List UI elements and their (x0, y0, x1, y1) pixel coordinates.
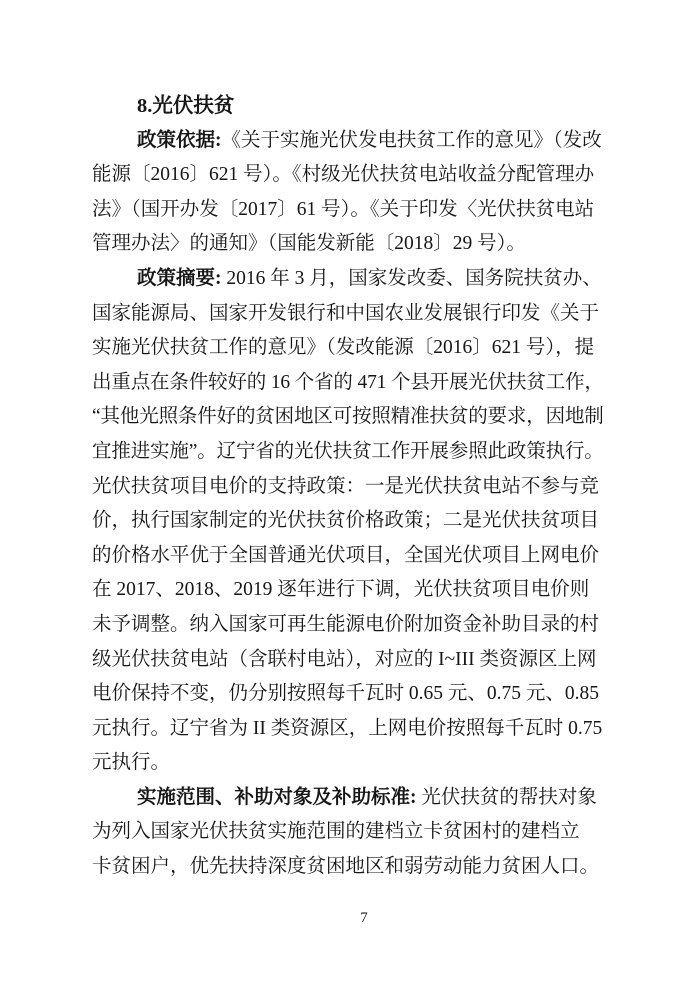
line-text: 光伏扶贫项目电价的支持政策：一是光伏扶贫电站不参与竞 (92, 476, 599, 497)
text-line: 宜推进实施”。辽宁省的光伏扶贫工作开展参照此政策执行。 (92, 435, 604, 470)
line-text: “其他光照条件好的贫困地区可按照精准扶贫的要求，因地制 (92, 406, 604, 427)
line-text: 2016 年 3 月，国家发改委、国务院扶贫办、 (222, 268, 602, 289)
text-line: 光伏扶贫项目电价的支持政策：一是光伏扶贫电站不参与竞 (92, 470, 604, 505)
text-line: 未予调整。纳入国家可再生能源电价附加资金补助目录的村 (92, 608, 604, 643)
line-text: 元执行。 (92, 752, 170, 773)
text-line: 卡贫困户，优先扶持深度贫困地区和弱劳动能力贫困人口。 (92, 850, 604, 885)
text-line: 出重点在条件较好的 16 个省的 471 个县开展光伏扶贫工作， (92, 366, 604, 401)
text-line: 政策依据:《关于实施光伏发电扶贫工作的意见》（发改 (92, 124, 604, 159)
text-line: 实施光伏扶贫工作的意见》（发改能源〔2016〕621 号），提 (92, 331, 604, 366)
line-text: 卡贫困户，优先扶持深度贫困地区和弱劳动能力贫困人口。 (92, 856, 599, 877)
paragraph-lead: 政策摘要: (137, 268, 222, 289)
line-text: 《关于实施光伏发电扶贫工作的意见》（发改 (222, 130, 602, 151)
line-text: 电价保持不变，仍分别按照每千瓦时 0.65 元、0.75 元、0.85 (92, 683, 599, 704)
text-line: 的价格水平优于全国普通光伏项目，全国光伏项目上网电价 (92, 539, 604, 574)
document-body: 政策依据:《关于实施光伏发电扶贫工作的意见》（发改能源〔2016〕621 号）。… (92, 124, 604, 885)
document-page: 8.光伏扶贫 政策依据:《关于实施光伏发电扶贫工作的意见》（发改能源〔2016〕… (0, 0, 700, 990)
text-line: 政策摘要: 2016 年 3 月，国家发改委、国务院扶贫办、 (92, 262, 604, 297)
line-text: 法》（国开办发〔2017〕61 号）。《关于印发〈光伏扶贫电站 (92, 199, 594, 220)
line-text: 为列入国家光伏扶贫实施范围的建档立卡贫困村的建档立 (92, 821, 580, 842)
line-text: 价，执行国家制定的光伏扶贫价格政策；二是光伏扶贫项目 (92, 510, 599, 531)
line-text: 国家能源局、国家开发银行和中国农业发展银行印发《关于 (92, 303, 599, 324)
line-text: 级光伏扶贫电站（含联村电站），对应的 I~III 类资源区上网 (92, 649, 597, 670)
text-line: 价，执行国家制定的光伏扶贫价格政策；二是光伏扶贫项目 (92, 504, 604, 539)
line-text: 管理办法〉的通知》（国能发新能〔2018〕29 号）。 (92, 233, 526, 254)
text-line: 电价保持不变，仍分别按照每千瓦时 0.65 元、0.75 元、0.85 (92, 677, 604, 712)
text-line: 法》（国开办发〔2017〕61 号）。《关于印发〈光伏扶贫电站 (92, 193, 604, 228)
line-text: 的价格水平优于全国普通光伏项目，全国光伏项目上网电价 (92, 545, 599, 566)
line-text: 宜推进实施”。辽宁省的光伏扶贫工作开展参照此政策执行。 (92, 441, 604, 462)
text-line: 元执行。 (92, 746, 604, 781)
text-line: 管理办法〉的通知》（国能发新能〔2018〕29 号）。 (92, 227, 604, 262)
page-number: 7 (0, 910, 700, 927)
line-text: 未予调整。纳入国家可再生能源电价附加资金补助目录的村 (92, 614, 599, 635)
document-content: 8.光伏扶贫 政策依据:《关于实施光伏发电扶贫工作的意见》（发改能源〔2016〕… (92, 89, 604, 885)
text-line: 为列入国家光伏扶贫实施范围的建档立卡贫困村的建档立 (92, 815, 604, 850)
text-line: 实施范围、补助对象及补助标准: 光伏扶贫的帮扶对象 (92, 781, 604, 816)
section-heading: 8.光伏扶贫 (92, 89, 604, 124)
line-text: 实施光伏扶贫工作的意见》（发改能源〔2016〕621 号），提 (92, 337, 594, 358)
text-line: 国家能源局、国家开发银行和中国农业发展银行印发《关于 (92, 297, 604, 332)
paragraph-lead: 实施范围、补助对象及补助标准: (137, 787, 417, 808)
paragraph-lead: 政策依据: (137, 130, 222, 151)
line-text: 在 2017、2018、2019 逐年进行下调，光伏扶贫项目电价则 (92, 579, 589, 600)
text-line: 元执行。辽宁省为 II 类资源区，上网电价按照每千瓦时 0.75 (92, 712, 604, 747)
text-line: 能源〔2016〕621 号）。《村级光伏扶贫电站收益分配管理办 (92, 158, 604, 193)
line-text: 能源〔2016〕621 号）。《村级光伏扶贫电站收益分配管理办 (92, 164, 594, 185)
line-text: 元执行。辽宁省为 II 类资源区，上网电价按照每千瓦时 0.75 (92, 718, 602, 739)
text-line: 级光伏扶贫电站（含联村电站），对应的 I~III 类资源区上网 (92, 643, 604, 678)
line-text: 出重点在条件较好的 16 个省的 471 个县开展光伏扶贫工作， (92, 372, 604, 393)
line-text: 光伏扶贫的帮扶对象 (417, 787, 597, 808)
text-line: “其他光照条件好的贫困地区可按照精准扶贫的要求，因地制 (92, 400, 604, 435)
text-line: 在 2017、2018、2019 逐年进行下调，光伏扶贫项目电价则 (92, 573, 604, 608)
